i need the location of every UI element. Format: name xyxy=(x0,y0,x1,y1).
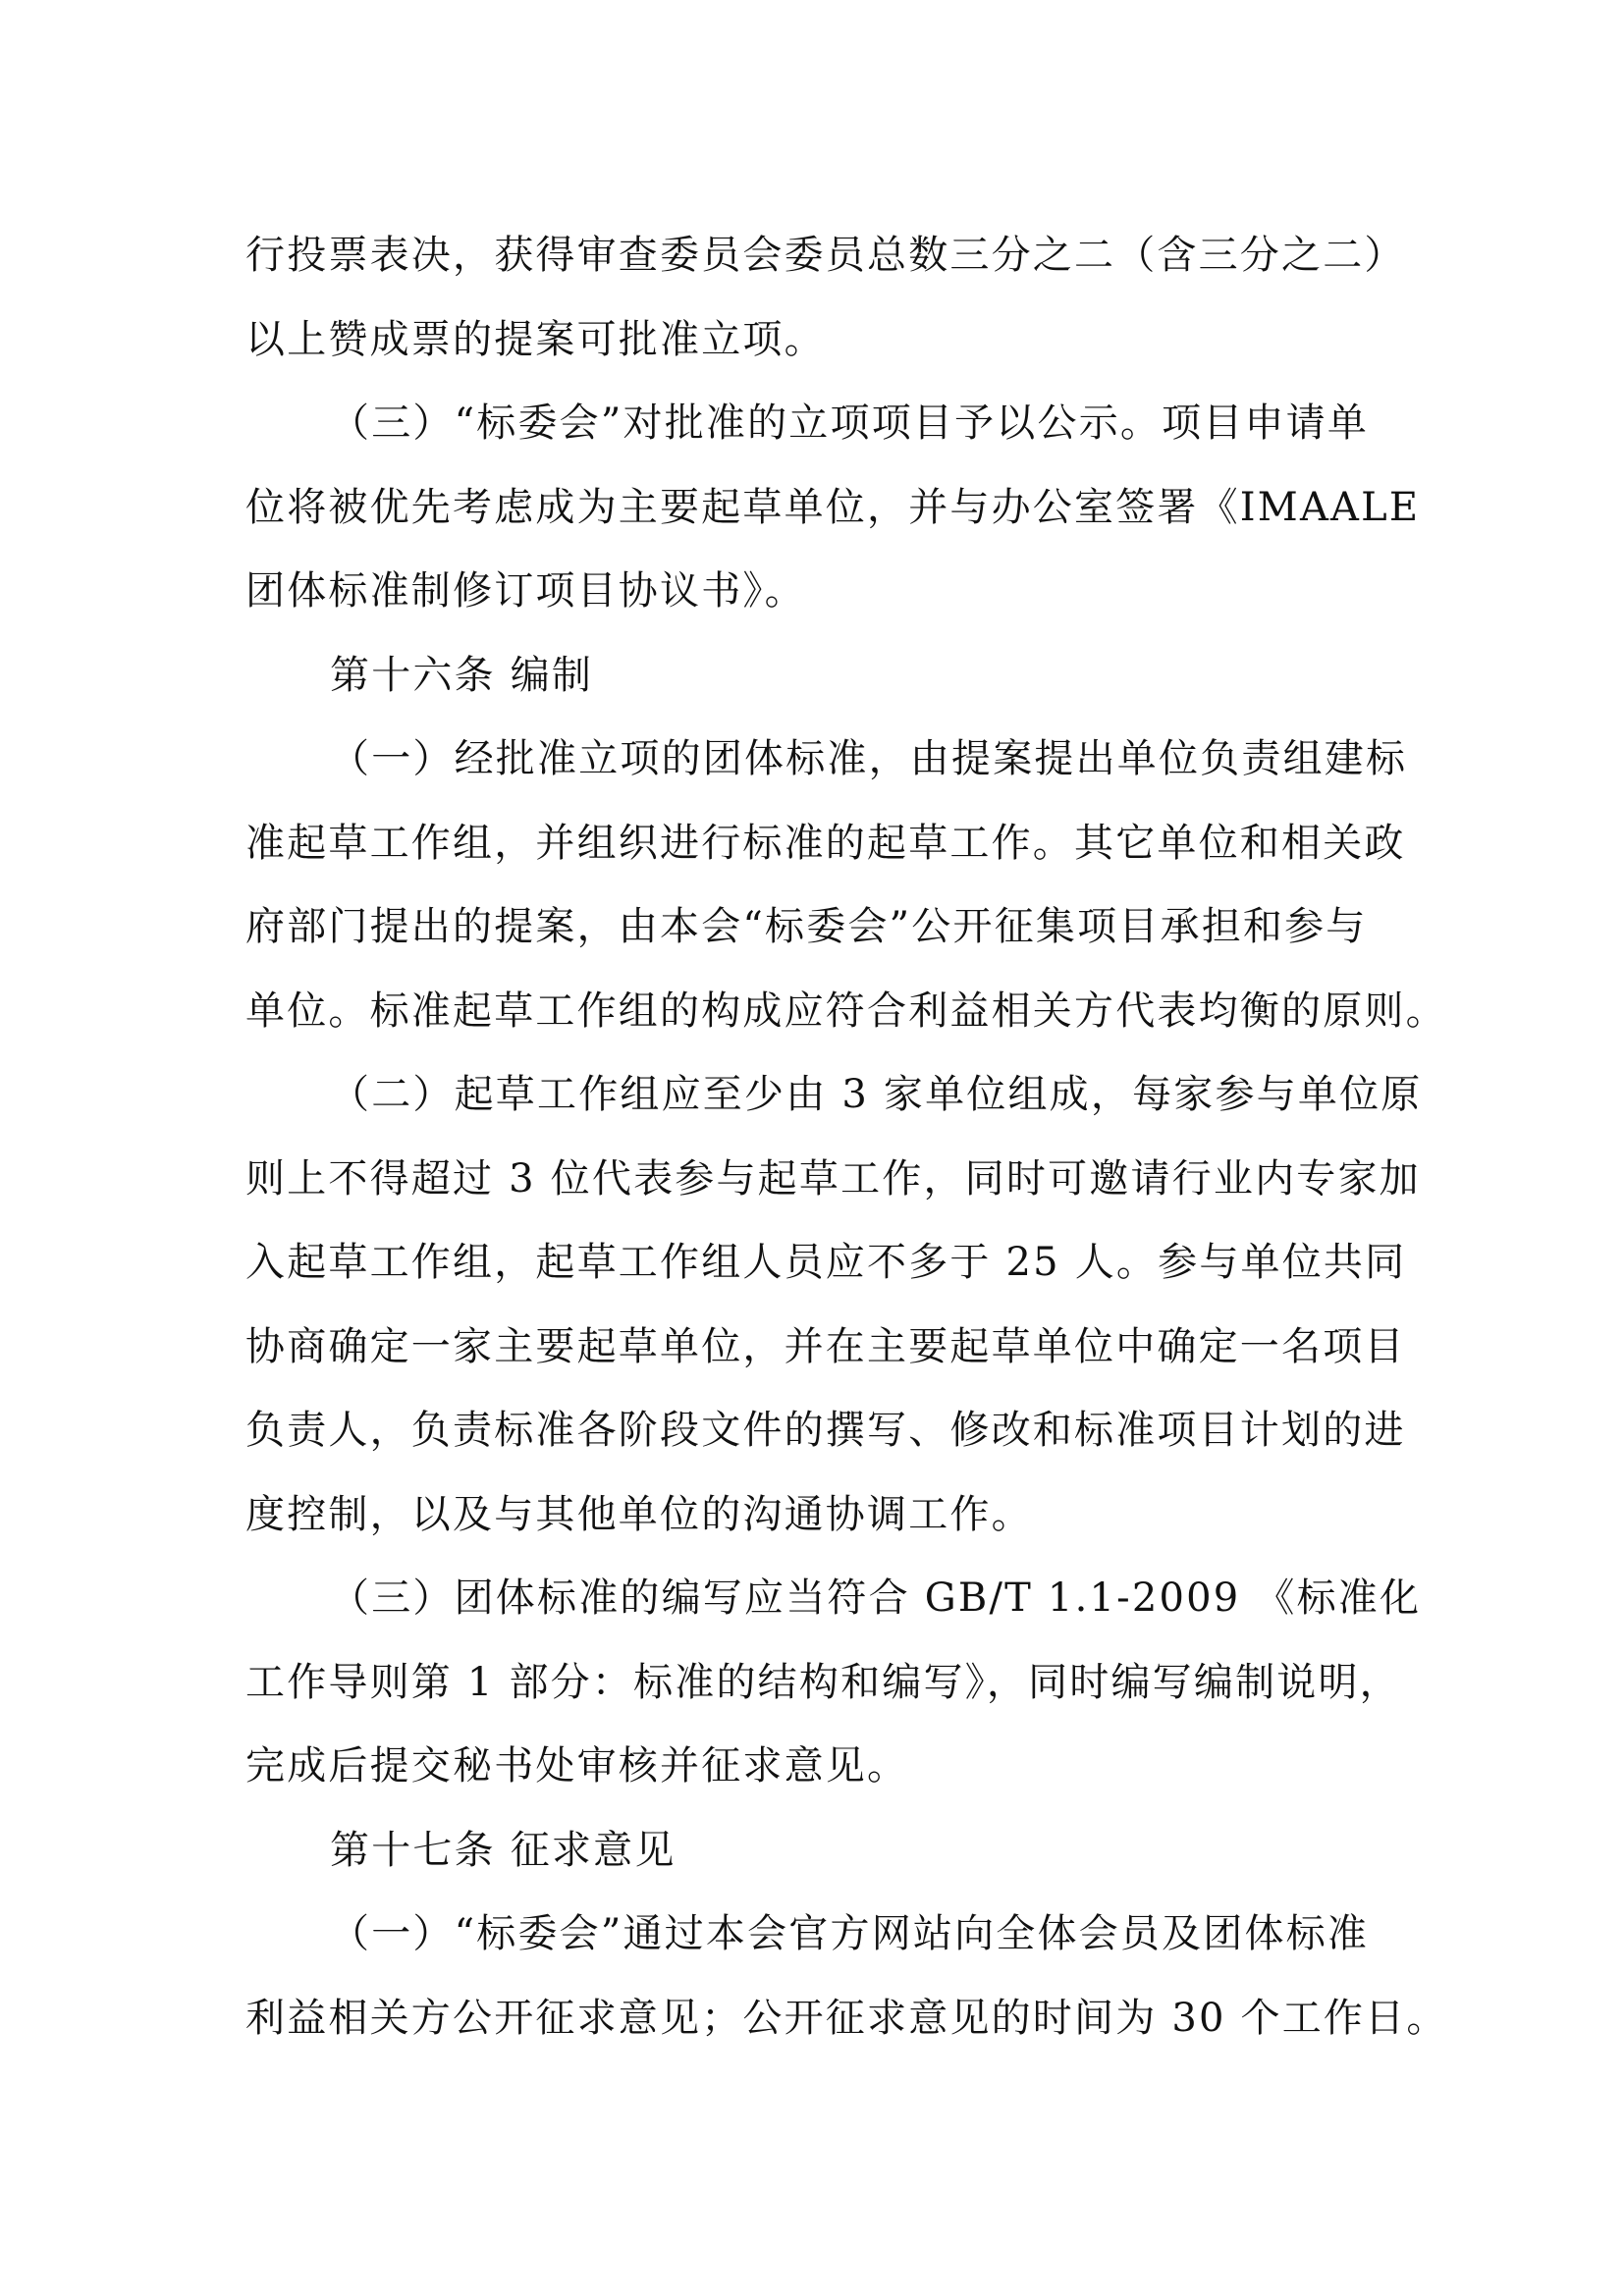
article-heading: 第十六条 编制 xyxy=(245,634,1435,719)
paragraph-line: （一）“标委会”通过本会官方网站向全体会员及团体标准 xyxy=(245,1893,1435,1977)
paragraph-line: 准起草工作组，并组织进行标准的起草工作。其它单位和相关政 xyxy=(245,802,1435,886)
paragraph-line: （三）“标委会”对批准的立项项目予以公示。项目申请单 xyxy=(245,382,1435,466)
article-heading: 第十七条 征求意见 xyxy=(245,1809,1435,1894)
paragraph-line: 行投票表决，获得审查委员会委员总数三分之二（含三分之二） xyxy=(245,214,1435,298)
document-page: 行投票表决，获得审查委员会委员总数三分之二（含三分之二） 以上赞成票的提案可批准… xyxy=(245,214,1435,2060)
paragraph-line: 府部门提出的提案，由本会“标委会”公开征集项目承担和参与 xyxy=(245,885,1435,970)
paragraph-line: 利益相关方公开征求意见；公开征求意见的时间为 30 个工作日。 xyxy=(245,1977,1435,2061)
paragraph-line: （二）起草工作组应至少由 3 家单位组成，每家参与单位原 xyxy=(245,1053,1435,1138)
paragraph-line: 以上赞成票的提案可批准立项。 xyxy=(245,298,1435,383)
paragraph-line: 则上不得超过 3 位代表参与起草工作，同时可邀请行业内专家加 xyxy=(245,1138,1435,1222)
paragraph-line: 团体标准制修订项目协议书》。 xyxy=(245,550,1435,634)
paragraph-line: 入起草工作组，起草工作组人员应不多于 25 人。参与单位共同 xyxy=(245,1221,1435,1306)
paragraph-line: （三）团体标准的编写应当符合 GB/T 1.1-2009 《标准化 xyxy=(245,1557,1435,1641)
paragraph-line: 协商确定一家主要起草单位，并在主要起草单位中确定一名项目 xyxy=(245,1306,1435,1390)
paragraph-line: 工作导则第 1 部分：标准的结构和编写》，同时编写编制说明， xyxy=(245,1641,1435,1726)
paragraph-line: 度控制，以及与其他单位的沟通协调工作。 xyxy=(245,1473,1435,1558)
paragraph-line: 完成后提交秘书处审核并征求意见。 xyxy=(245,1725,1435,1809)
paragraph-line: 位将被优先考虑成为主要起草单位，并与办公室签署《IMAALE xyxy=(245,466,1435,551)
paragraph-line: 单位。标准起草工作组的构成应符合利益相关方代表均衡的原则。 xyxy=(245,970,1435,1054)
paragraph-line: （一）经批准立项的团体标准，由提案提出单位负责组建标 xyxy=(245,718,1435,802)
paragraph-line: 负责人，负责标准各阶段文件的撰写、修改和标准项目计划的进 xyxy=(245,1389,1435,1473)
